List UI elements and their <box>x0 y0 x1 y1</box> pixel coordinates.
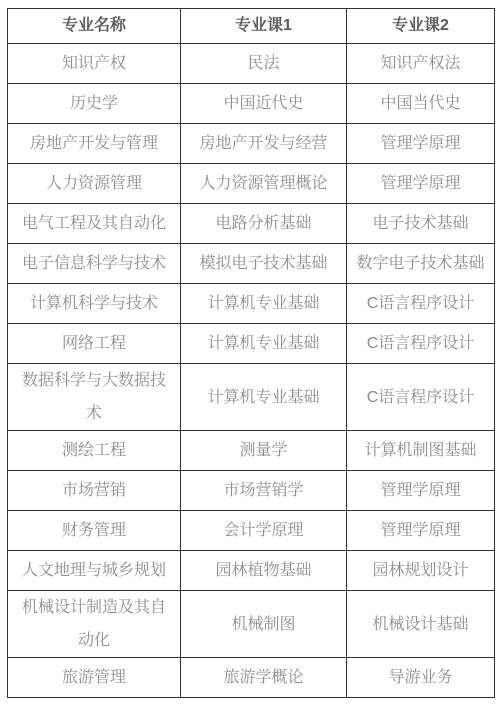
table-row: 财务管理 会计学原理 管理学原理 <box>8 511 495 551</box>
cell-course1: 会计学原理 <box>181 511 347 551</box>
cell-major: 计算机科学与技术 <box>8 284 181 324</box>
cell-major: 测绘工程 <box>8 431 181 471</box>
table-row: 网络工程 计算机专业基础 C语言程序设计 <box>8 324 495 364</box>
cell-course2: 导游业务 <box>347 658 495 698</box>
cell-major: 电子信息科学与技术 <box>8 244 181 284</box>
cell-course1: 园林植物基础 <box>181 551 347 591</box>
table-row: 旅游管理 旅游学概论 导游业务 <box>8 658 495 698</box>
cell-course2: 计算机制图基础 <box>347 431 495 471</box>
cell-course1: 计算机专业基础 <box>181 324 347 364</box>
cell-course2: C语言程序设计 <box>347 324 495 364</box>
column-header-course2: 专业课2 <box>347 9 495 44</box>
cell-course1: 电路分析基础 <box>181 204 347 244</box>
cell-course2: 数字电子技术基础 <box>347 244 495 284</box>
cell-course2: 中国当代史 <box>347 84 495 124</box>
cell-course1: 民法 <box>181 44 347 84</box>
table-row: 计算机科学与技术 计算机专业基础 C语言程序设计 <box>8 284 495 324</box>
table-row: 电子信息科学与技术 模拟电子技术基础 数字电子技术基础 <box>8 244 495 284</box>
cell-course2: 管理学原理 <box>347 124 495 164</box>
cell-major: 历史学 <box>8 84 181 124</box>
cell-course1: 模拟电子技术基础 <box>181 244 347 284</box>
table-row: 人力资源管理 人力资源管理概论 管理学原理 <box>8 164 495 204</box>
cell-major: 数据科学与大数据技术 <box>8 364 181 431</box>
cell-major: 房地产开发与管理 <box>8 124 181 164</box>
cell-course1: 旅游学概论 <box>181 658 347 698</box>
cell-course2: 管理学原理 <box>347 471 495 511</box>
table-row: 知识产权 民法 知识产权法 <box>8 44 495 84</box>
cell-course1: 市场营销学 <box>181 471 347 511</box>
table-row: 人文地理与城乡规划 园林植物基础 园林规划设计 <box>8 551 495 591</box>
cell-major: 人文地理与城乡规划 <box>8 551 181 591</box>
table-row: 房地产开发与管理 房地产开发与经营 管理学原理 <box>8 124 495 164</box>
cell-course2: 管理学原理 <box>347 164 495 204</box>
cell-major: 电气工程及其自动化 <box>8 204 181 244</box>
cell-major: 财务管理 <box>8 511 181 551</box>
table-row: 机械设计制造及其自动化 机械制图 机械设计基础 <box>8 591 495 658</box>
cell-course1: 房地产开发与经营 <box>181 124 347 164</box>
cell-course2: 知识产权法 <box>347 44 495 84</box>
cell-course2: C语言程序设计 <box>347 284 495 324</box>
cell-course1: 测量学 <box>181 431 347 471</box>
table-row: 市场营销 市场营销学 管理学原理 <box>8 471 495 511</box>
cell-course1: 中国近代史 <box>181 84 347 124</box>
cell-major: 市场营销 <box>8 471 181 511</box>
table-row: 数据科学与大数据技术 计算机专业基础 C语言程序设计 <box>8 364 495 431</box>
cell-course1: 机械制图 <box>181 591 347 658</box>
table-row: 电气工程及其自动化 电路分析基础 电子技术基础 <box>8 204 495 244</box>
cell-course2: 管理学原理 <box>347 511 495 551</box>
cell-course2: 园林规划设计 <box>347 551 495 591</box>
majors-courses-table: 专业名称 专业课1 专业课2 知识产权 民法 知识产权法 历史学 中国近代史 中… <box>7 8 495 698</box>
cell-major: 机械设计制造及其自动化 <box>8 591 181 658</box>
majors-table-container: 专业名称 专业课1 专业课2 知识产权 民法 知识产权法 历史学 中国近代史 中… <box>7 8 495 698</box>
cell-major: 人力资源管理 <box>8 164 181 204</box>
cell-major: 旅游管理 <box>8 658 181 698</box>
cell-course1: 计算机专业基础 <box>181 284 347 324</box>
table-row: 历史学 中国近代史 中国当代史 <box>8 84 495 124</box>
cell-major: 知识产权 <box>8 44 181 84</box>
column-header-major: 专业名称 <box>8 9 181 44</box>
table-header-row: 专业名称 专业课1 专业课2 <box>8 9 495 44</box>
cell-course2: C语言程序设计 <box>347 364 495 431</box>
table-row: 测绘工程 测量学 计算机制图基础 <box>8 431 495 471</box>
column-header-course1: 专业课1 <box>181 9 347 44</box>
cell-major: 网络工程 <box>8 324 181 364</box>
cell-course2: 电子技术基础 <box>347 204 495 244</box>
cell-course1: 人力资源管理概论 <box>181 164 347 204</box>
cell-course2: 机械设计基础 <box>347 591 495 658</box>
cell-course1: 计算机专业基础 <box>181 364 347 431</box>
